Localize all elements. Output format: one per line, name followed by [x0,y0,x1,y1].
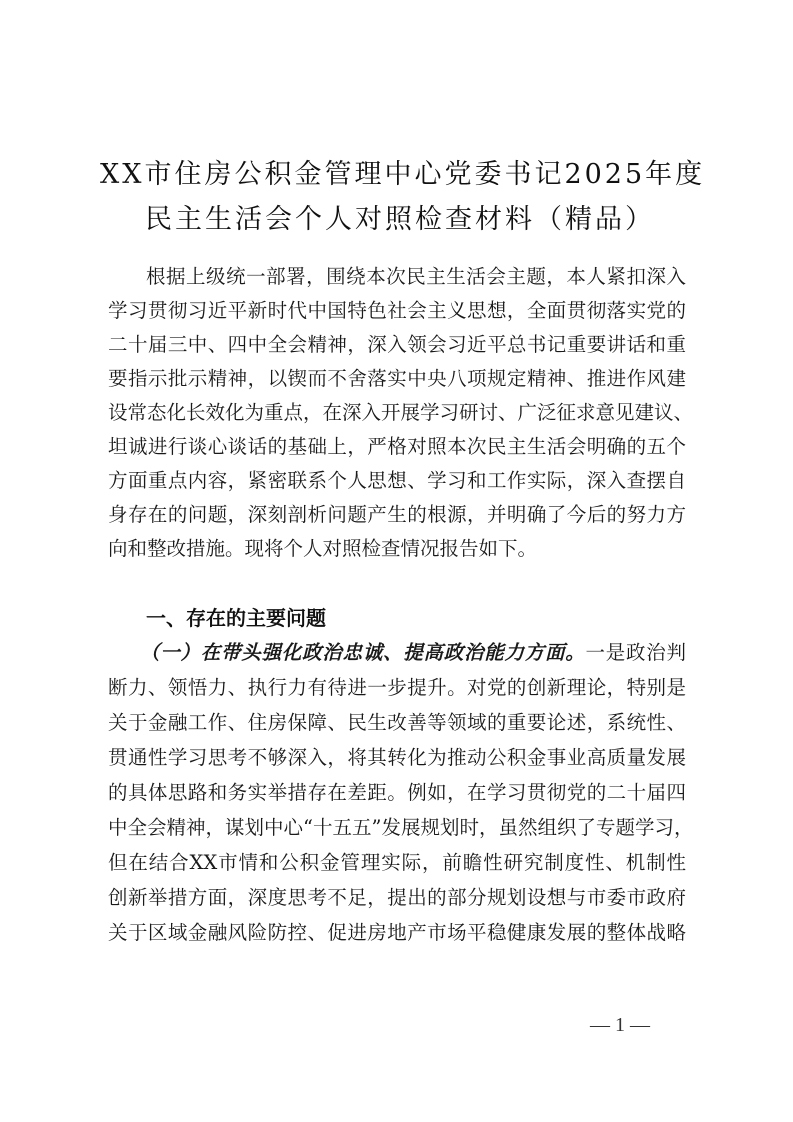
intro-line: 方面重点内容，紧密联系个人思想、学习和工作实际，深入查摆自 [108,468,686,494]
intro-line: 坦诚进行谈心谈话的基础上，严格对照本次民主生活会明确的五个 [108,434,686,460]
intro-line: 要指示批示精神，以锲而不舍落实中央八项规定精神、推进作风建 [108,366,686,392]
section-heading: 一、存在的主要问题 [146,605,326,631]
subsection-label: （一）在带头强化政治忠诚、提高政治能力方面。 [140,641,585,664]
subsection-line: 关于区域金融风险防控、促进房地产市场平稳健康发展的整体战略 [108,920,686,946]
subsection-line: 关于金融工作、住房保障、民生改善等领域的重要论述，系统性、 [108,710,686,736]
intro-line: 根据上级统一部署，围绕本次民主生活会主题，本人紧扣深入 [146,264,686,290]
subsection-line: 但在结合XX市情和公积金管理实际，前瞻性研究制度性、机制性 [108,850,686,876]
subsection-line: 创新举措方面，深度思考不足，提出的部分规划设想与市委市政府 [108,885,686,911]
subsection-line: 中全会精神，谋划中心“十五五”发展规划时，虽然组织了专题学习， [108,815,686,841]
subsection-line: 断力、领悟力、执行力有待进一步提升。对党的创新理论，特别是 [108,675,686,701]
subsection-line: 贯通性学习思考不够深入，将其转化为推动公积金事业高质量发展 [108,745,686,771]
intro-line: 学习贯彻习近平新时代中国特色社会主义思想，全面贯彻落实党的 [108,298,686,324]
subsection-first-line-rest: 一是政治判 [585,641,686,664]
subsection-line: 的具体思路和务实举措存在差距。例如，在学习贯彻党的二十届四 [108,780,686,806]
page-number: — 1 — [590,1014,650,1037]
document-title-line-2: 民主生活会个人对照检查材料（精品） [100,197,700,236]
document-page: XX市住房公积金管理中心党委书记2025年度 民主生活会个人对照检查材料（精品）… [0,0,793,1122]
intro-line: 向和整改措施。现将个人对照检查情况报告如下。 [108,536,686,562]
intro-line: 二十届三中、四中全会精神，深入领会习近平总书记重要讲话和重 [108,332,686,358]
intro-line: 设常态化长效化为重点，在深入开展学习研讨、广泛征求意见建议、 [108,400,686,426]
subsection-first-line: （一）在带头强化政治忠诚、提高政治能力方面。一是政治判 [140,640,686,666]
document-title-line-1: XX市住房公积金管理中心党委书记2025年度 [100,152,700,191]
intro-line: 身存在的问题，深刻剖析问题产生的根源，并明确了今后的努力方 [108,502,686,528]
